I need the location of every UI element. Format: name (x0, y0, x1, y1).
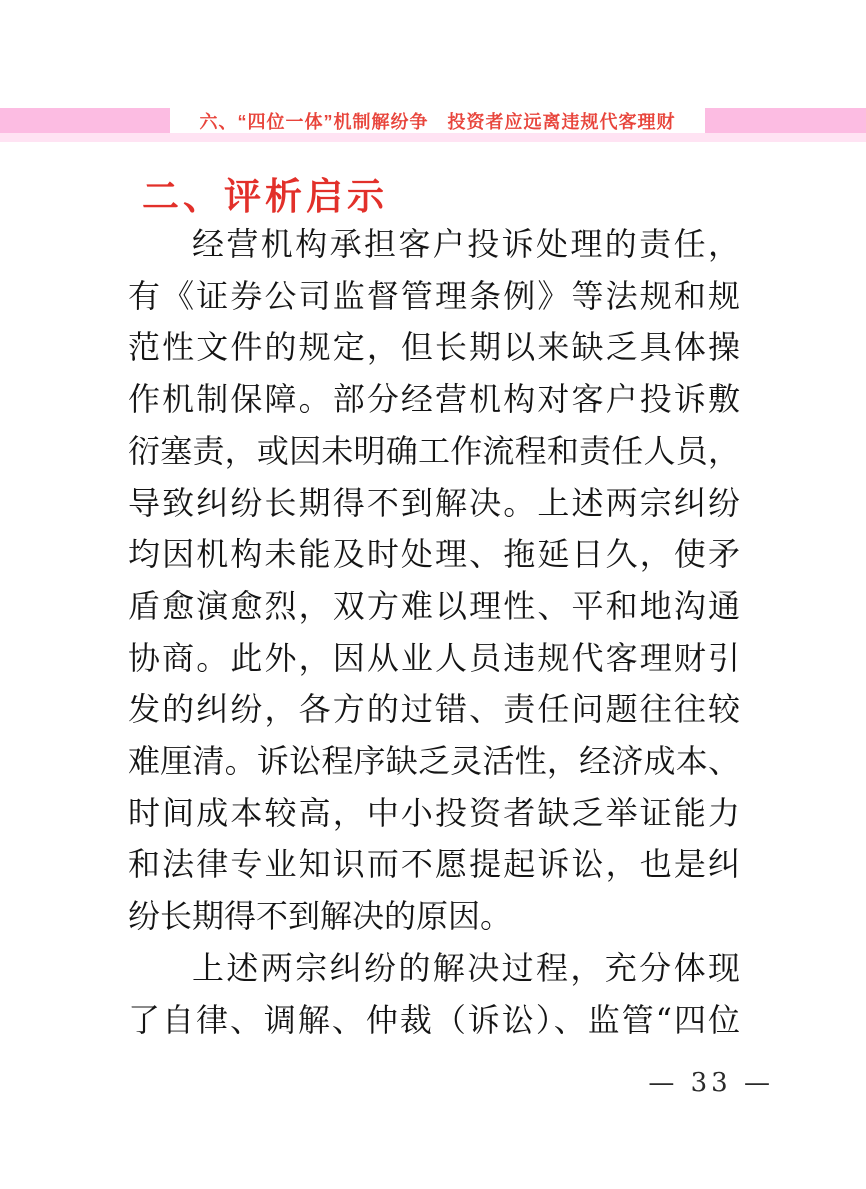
body-text: 经营机构承担客户投诉处理的责任，有《证券公司监督管理条例》等法规和规范性文件的规… (128, 219, 740, 1046)
header-right-bar (705, 108, 866, 134)
header-left-bar (0, 108, 170, 134)
book-page: 六、“四位一体”机制解纷争 投资者应远离违规代客理财 二、评析启示 经营机构承担… (0, 0, 866, 1189)
text-line: 了自律、调解、仲裁（诉讼）、监管“四位 (128, 995, 740, 1047)
text-line: 经营机构承担客户投诉处理的责任， (128, 219, 740, 271)
text-line: 衍塞责，或因未明确工作流程和责任人员， (128, 426, 740, 478)
text-line: 导致纠纷长期得不到解决。上述两宗纠纷 (128, 478, 740, 530)
text-line: 有《证券公司监督管理条例》等法规和规 (128, 271, 740, 323)
text-line: 时间成本较高，中小投资者缺乏举证能力 (128, 788, 740, 840)
text-line: 盾愈演愈烈，双方难以理性、平和地沟通 (128, 581, 740, 633)
text-line: 纷长期得不到解决的原因。 (128, 891, 740, 943)
text-line: 难厘清。诉讼程序缺乏灵活性，经济成本、 (128, 736, 740, 788)
text-line: 发的纠纷，各方的过错、责任问题往往较 (128, 684, 740, 736)
section-heading: 二、评析启示 (142, 166, 388, 220)
running-header-title: 六、“四位一体”机制解纷争 投资者应远离违规代客理财 (170, 108, 705, 134)
text-line: 和法律专业知识而不愿提起诉讼，也是纠 (128, 839, 740, 891)
text-line: 均因机构未能及时处理、拖延日久，使矛 (128, 529, 740, 581)
text-line: 范性文件的规定，但长期以来缺乏具体操 (128, 322, 740, 374)
text-line: 协商。此外，因从业人员违规代客理财引 (128, 633, 740, 685)
running-header: 六、“四位一体”机制解纷争 投资者应远离违规代客理财 (0, 108, 866, 134)
page-number: — 33 — (648, 1068, 774, 1098)
text-line: 上述两宗纠纷的解决过程，充分体现 (128, 943, 740, 995)
text-line: 作机制保障。部分经营机构对客户投诉敷 (128, 374, 740, 426)
header-shadow-bar (0, 133, 866, 142)
